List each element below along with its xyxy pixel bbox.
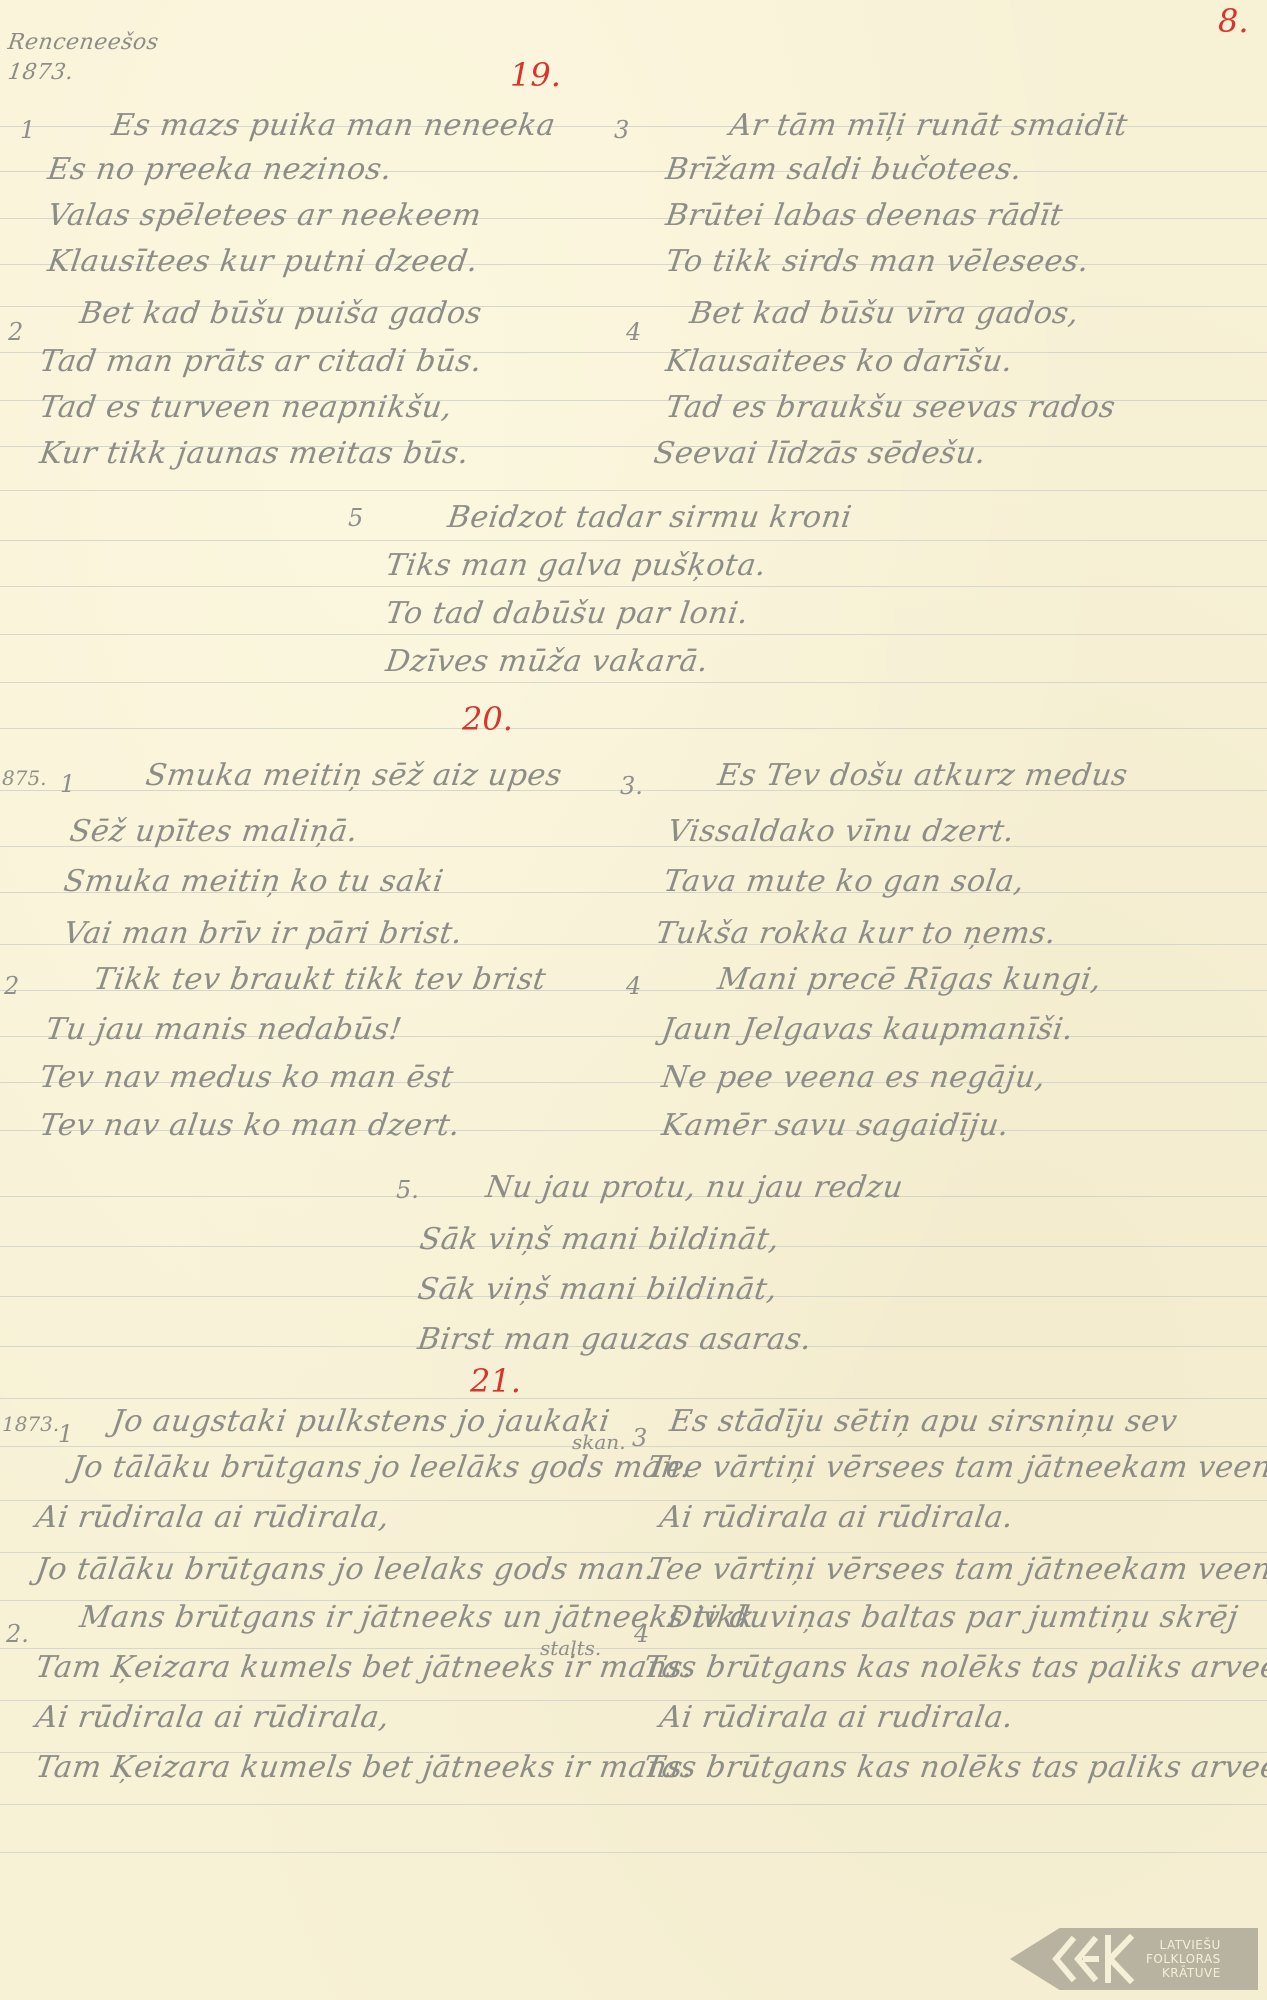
verse-line: Tad es turveen neapnikšu, — [38, 390, 455, 425]
verse-line: Es stādīju sētiņ apu sirsniņu sev — [668, 1404, 1180, 1439]
verse-line: Ar tām mīļi runāt smaidīt — [728, 108, 1130, 143]
verse-line: Jo augstaki pulkstens jo jaukaki — [110, 1404, 613, 1439]
song-number-19: 19. — [510, 56, 561, 94]
verse-line: Es mazs puika man neneeka — [110, 108, 558, 143]
stanza-number: 5 — [348, 504, 363, 532]
verse-line: Nu jau protu, nu jau redzu — [484, 1170, 906, 1205]
verse-line: Ai rūdirala ai rudirala. — [658, 1700, 1016, 1735]
song-number-21: 21. — [470, 1362, 521, 1400]
verse-line: Birst man gauzas asaras. — [416, 1322, 814, 1357]
verse-line: Sēž upītes maliņā. — [68, 814, 361, 849]
verse-line: Smuka meitiņ sēž aiz upes — [144, 758, 565, 793]
verse-line: Ai rūdirala ai rūdirala. — [658, 1500, 1016, 1535]
lfk-mark-icon — [1050, 1934, 1140, 1984]
page-number: 8. — [1218, 2, 1249, 40]
stanza-number: 1 — [60, 770, 75, 798]
verse-line: Sāk viņš mani bildināt, — [418, 1222, 782, 1257]
verse-line: Jo tālāku brūtgans jo leelāks gods man. — [70, 1450, 694, 1485]
place-heading: Renceneešos — [6, 30, 160, 55]
archive-watermark-logo: LATVIEŠU FOLKLORAS KRĀTUVE — [1010, 1928, 1258, 1990]
stanza-number: 2 — [4, 972, 19, 1000]
verse-line: Es Tev došu atkurz medus — [716, 758, 1130, 793]
verse-line: Tava mute ko gan sola, — [662, 864, 1027, 899]
verse-line: Sāk viņš mani bildināt, — [416, 1272, 780, 1307]
verse-line: Tev nav alus ko man dzert. — [38, 1108, 463, 1143]
verse-line: Ne pee veena es negāju, — [660, 1060, 1048, 1095]
verse-line: Ai rūdirala ai rūdirala, — [34, 1500, 392, 1535]
stanza-number: 4 — [634, 1620, 649, 1648]
verse-line: Bet kad būšu vīra gados, — [688, 296, 1081, 331]
verse-line: Kur tikk jaunas meitas būs. — [38, 436, 472, 471]
verse-line: Tad man prāts ar citadi būs. — [38, 344, 485, 379]
stanza-number: 2. — [6, 1620, 29, 1648]
verse-line: Kamēr savu sagaidīju. — [660, 1108, 1012, 1143]
verse-line: Jaun Jelgavas kaupmanīši. — [660, 1012, 1076, 1047]
verse-line: Tam Ķeizara kumels bet jātneeks ir mans. — [34, 1750, 696, 1785]
verse-line: Brūtei labas deenas rādīt — [664, 198, 1066, 233]
verse-line: To tikk sirds man vēlesees. — [664, 244, 1092, 279]
verse-line: To tad dabūšu par loni. — [384, 596, 751, 631]
verse-line: Div duviņas baltas par jumtiņu skrēj — [666, 1600, 1241, 1635]
verse-line: Tas brūtgans kas nolēks tas paliks arvee… — [642, 1750, 1267, 1785]
verse-line: Tev nav medus ko man ēst — [38, 1060, 456, 1095]
song-number-20: 20. — [462, 700, 513, 738]
stanza-number: 3 — [632, 1424, 647, 1452]
stanza-number: 5. — [396, 1176, 419, 1204]
verse-line: Klausaitees ko darīšu. — [664, 344, 1016, 379]
verse-line: Tikk tev braukt tikk tev brist — [92, 962, 549, 997]
verse-line: Seevai līdzās sēdešu. — [652, 436, 989, 471]
stanza-number: 3 — [614, 116, 629, 144]
verse-line: Tas brūtgans kas nolēks tas paliks arvee… — [642, 1650, 1267, 1685]
stanza-number: 3. — [620, 772, 643, 800]
stanza-number: 4 — [626, 972, 641, 1000]
verse-line: Smuka meitiņ ko tu saki — [62, 864, 446, 899]
logo-line-1: LATVIEŠU — [1146, 1938, 1221, 1952]
logo-text: LATVIEŠU FOLKLORAS KRĀTUVE — [1146, 1938, 1221, 1980]
verse-line: Mans brūtgans ir jātneeks un jātneeks ti… — [78, 1600, 757, 1635]
margin-year: 1873. — [2, 1412, 59, 1436]
verse-line: Beidzot tadar sirmu kroni — [446, 500, 855, 535]
verse-line: Brīžam saldi bučotees. — [664, 152, 1025, 187]
stanza-number: 1 — [58, 1420, 73, 1448]
stanza-number: 1 — [20, 116, 35, 144]
verse-line: Tad es braukšu seevas rados — [664, 390, 1118, 425]
stanza-number: 2 — [8, 318, 23, 346]
verse-line: Vissaldako vīnu dzert. — [666, 814, 1017, 849]
logo-line-2: FOLKLORAS — [1146, 1952, 1221, 1966]
year-heading: 1873. — [6, 60, 75, 85]
stanza-number: 4 — [626, 318, 641, 346]
verse-line: Dzīves mūža vakarā. — [384, 644, 711, 679]
verse-line: Klausītees kur putni dzeed. — [46, 244, 481, 279]
verse-line: Bet kad būšu puiša gados — [78, 296, 485, 331]
verse-line: Es no preeka nezinos. — [46, 152, 395, 187]
verse-line: Tiks man galva pušķota. — [384, 548, 769, 583]
margin-year: 875. — [2, 766, 47, 790]
verse-line: Mani precē Rīgas kungi, — [716, 962, 1104, 997]
verse-line: Jo tālāku brūtgans jo leelaks gods man. — [34, 1552, 658, 1587]
verse-line: Tu jau manis nedabūs! — [44, 1012, 405, 1047]
verse-line: Ai rūdirala ai rūdirala, — [34, 1700, 392, 1735]
verse-line: Vai man brīv ir pāri brist. — [62, 916, 465, 951]
logo-line-3: KRĀTUVE — [1146, 1966, 1221, 1980]
verse-line: Tee vārtiņi vērsees tam jātneekam veen. — [646, 1450, 1267, 1485]
verse-line: Tukša rokka kur to ņems. — [654, 916, 1059, 951]
verse-line: Valas spēletees ar neekeem — [46, 198, 484, 233]
verse-line: Tee vārtiņi vērsees tam jātneekam veen. — [646, 1552, 1267, 1587]
verse-line: Tam Ķeizara kumels bet jātneeks ir mans. — [34, 1650, 696, 1685]
